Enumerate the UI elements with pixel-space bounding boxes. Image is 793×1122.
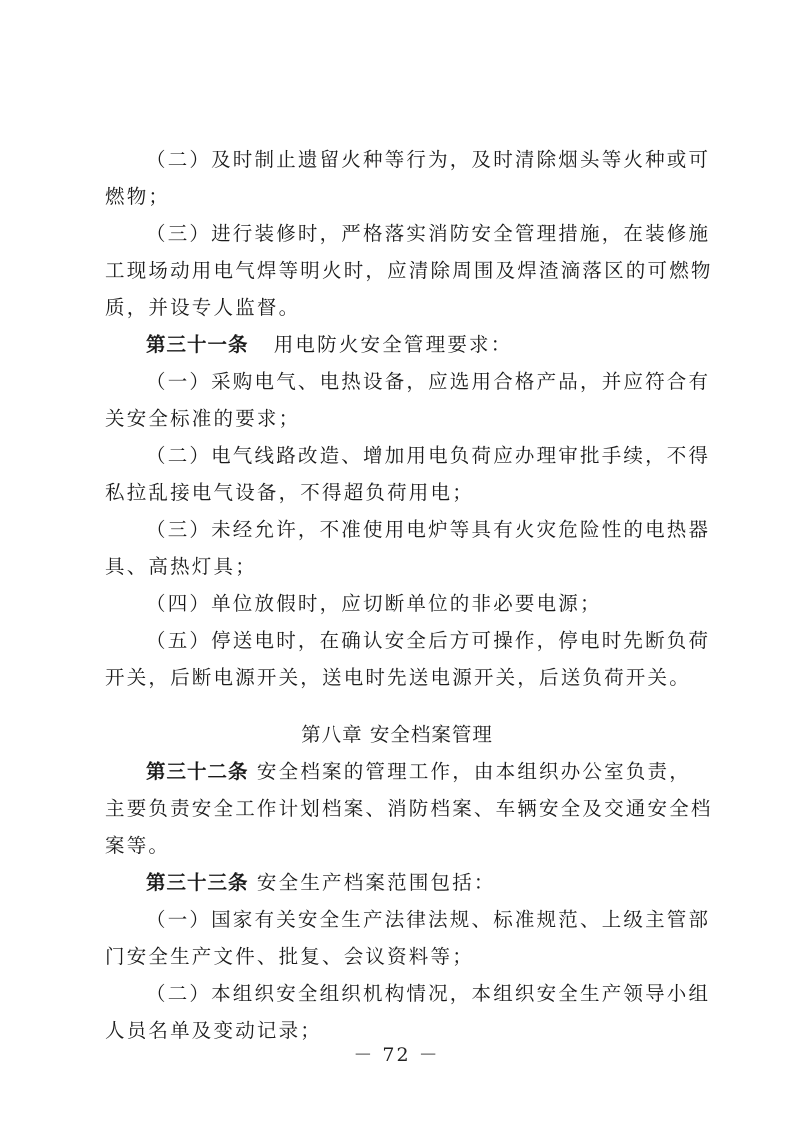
paragraph-line: 具、高热灯具； — [105, 548, 689, 585]
article-label: 第三十二条 — [146, 760, 249, 783]
paragraph-line: （一）国家有关安全生产法律法规、标准规范、上级主管部 — [105, 901, 689, 938]
article-label: 第三十三条 — [146, 871, 249, 894]
paragraph-line: 工现场动用电气焊等明火时，应清除周围及焊渣滴落区的可燃物 — [105, 252, 689, 289]
page-body: （二）及时制止遗留火种等行为，及时清除烟头等火种或可 燃物； （三）进行装修时，… — [105, 141, 689, 1049]
paragraph-line: （四）单位放假时，应切断单位的非必要电源； — [105, 585, 689, 622]
article-title: 用电防火安全管理要求： — [274, 333, 513, 356]
article-32-heading: 第三十二条 安全档案的管理工作，由本组织办公室负责， — [105, 753, 689, 790]
paragraph-line: （三）未经允许，不准使用电炉等具有火灾危险性的电热器 — [105, 511, 689, 548]
article-text: 安全档案的管理工作，由本组织办公室负责， — [257, 760, 691, 783]
paragraph-line: 主要负责安全工作计划档案、消防档案、车辆安全及交通安全档 — [105, 790, 689, 827]
article-label: 第三十一条 — [146, 333, 249, 356]
paragraph-line: 质，并设专人监督。 — [105, 289, 689, 326]
paragraph-line: 门安全生产文件、批复、会议资料等； — [105, 938, 689, 975]
chapter-title: 第八章 安全档案管理 — [105, 716, 689, 753]
paragraph-line: 燃物； — [105, 178, 689, 215]
article-33-heading: 第三十三条 安全生产档案范围包括： — [105, 864, 689, 901]
paragraph-line: 开关，后断电源开关，送电时先送电源开关，后送负荷开关。 — [105, 659, 689, 696]
paragraph-line: （二）电气线路改造、增加用电负荷应办理审批手续，不得 — [105, 437, 689, 474]
paragraph-line: （一）采购电气、电热设备，应选用合格产品，并应符合有 — [105, 363, 689, 400]
paragraph-line: 私拉乱接电气设备，不得超负荷用电； — [105, 474, 689, 511]
paragraph-line: （二）及时制止遗留火种等行为，及时清除烟头等火种或可 — [105, 141, 689, 178]
page-number: － 72 － — [0, 1040, 793, 1067]
paragraph-line: （二）本组织安全组织机构情况，本组织安全生产领导小组 — [105, 975, 689, 1012]
article-31-heading: 第三十一条 用电防火安全管理要求： — [105, 326, 689, 363]
paragraph-line: （五）停送电时，在确认安全后方可操作，停电时先断负荷 — [105, 622, 689, 659]
document-page: （二）及时制止遗留火种等行为，及时清除烟头等火种或可 燃物； （三）进行装修时，… — [0, 0, 793, 1122]
paragraph-line: 案等。 — [105, 827, 689, 864]
paragraph-line: （三）进行装修时，严格落实消防安全管理措施，在装修施 — [105, 215, 689, 252]
article-title: 安全生产档案范围包括： — [257, 871, 496, 894]
paragraph-line: 关安全标准的要求； — [105, 400, 689, 437]
